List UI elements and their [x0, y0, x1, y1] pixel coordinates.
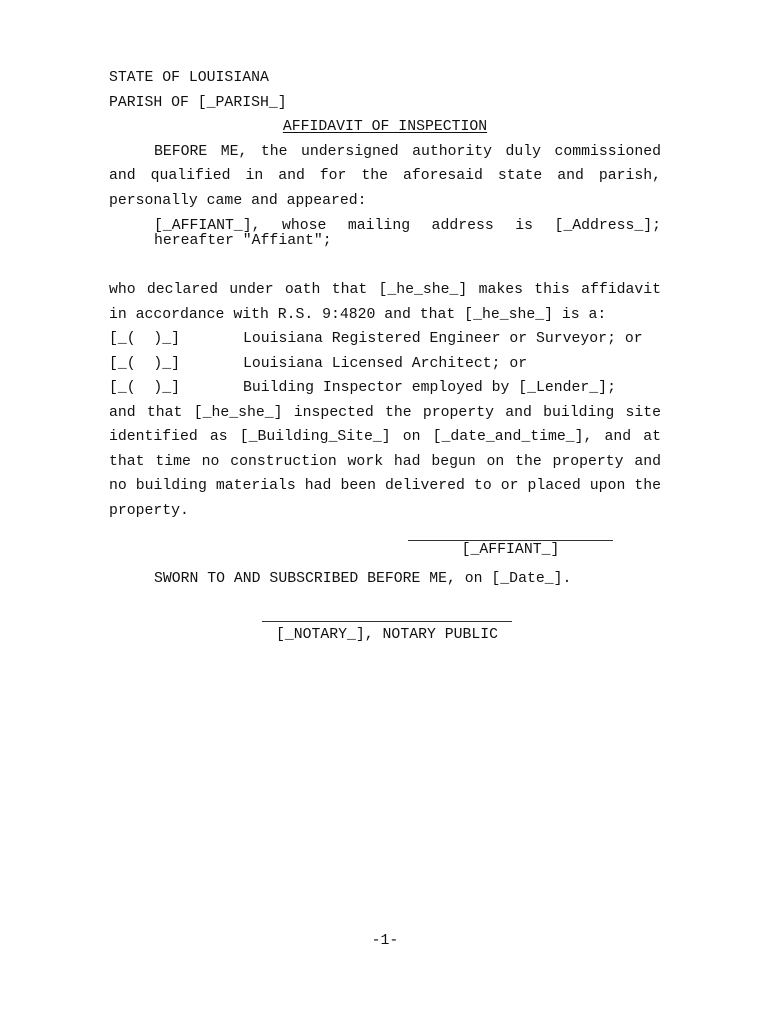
affiant-appearance-clause: [_AFFIANT_], whose mailing address is [_… — [154, 219, 661, 249]
notary-signature-line — [262, 621, 512, 622]
option-label-architect: Louisiana Licensed Architect; or — [243, 356, 527, 372]
affiant-signature-caption: [_AFFIANT_] — [408, 542, 613, 559]
intro-paragraph: BEFORE ME, the undersigned authority dul… — [109, 140, 661, 214]
inspection-paragraph: and that [_he_she_] inspected the proper… — [109, 401, 661, 524]
affiant-signature-line — [408, 540, 613, 541]
option-label-engineer: Louisiana Registered Engineer or Surveyo… — [243, 331, 643, 347]
checkbox-placeholder: [_( )_] — [109, 376, 243, 401]
sworn-statement: SWORN TO AND SUBSCRIBED BEFORE ME, on [_… — [109, 571, 661, 588]
page-number: -1- — [0, 933, 770, 950]
checkbox-placeholder: [_( )_] — [109, 352, 243, 377]
state-caption: STATE OF LOUISIANA — [109, 66, 661, 91]
option-row-inspector: [_( )_]Building Inspector employed by [_… — [109, 376, 661, 401]
option-row-architect: [_( )_]Louisiana Licensed Architect; or — [109, 352, 661, 377]
option-label-inspector: Building Inspector employed by [_Lender_… — [243, 380, 616, 396]
document-title-text: AFFIDAVIT OF INSPECTION — [283, 119, 487, 135]
option-row-engineer: [_( )_]Louisiana Registered Engineer or … — [109, 327, 661, 352]
parish-caption: PARISH OF [_PARISH_] — [109, 91, 661, 116]
document-page: STATE OF LOUISIANA PARISH OF [_PARISH_] … — [0, 0, 770, 1024]
document-title: AFFIDAVIT OF INSPECTION — [109, 115, 661, 140]
notary-signature-caption: [_NOTARY_], NOTARY PUBLIC — [262, 627, 512, 644]
document-body: STATE OF LOUISIANA PARISH OF [_PARISH_] … — [109, 66, 661, 523]
declaration-paragraph: who declared under oath that [_he_she_] … — [109, 278, 661, 327]
checkbox-placeholder: [_( )_] — [109, 327, 243, 352]
